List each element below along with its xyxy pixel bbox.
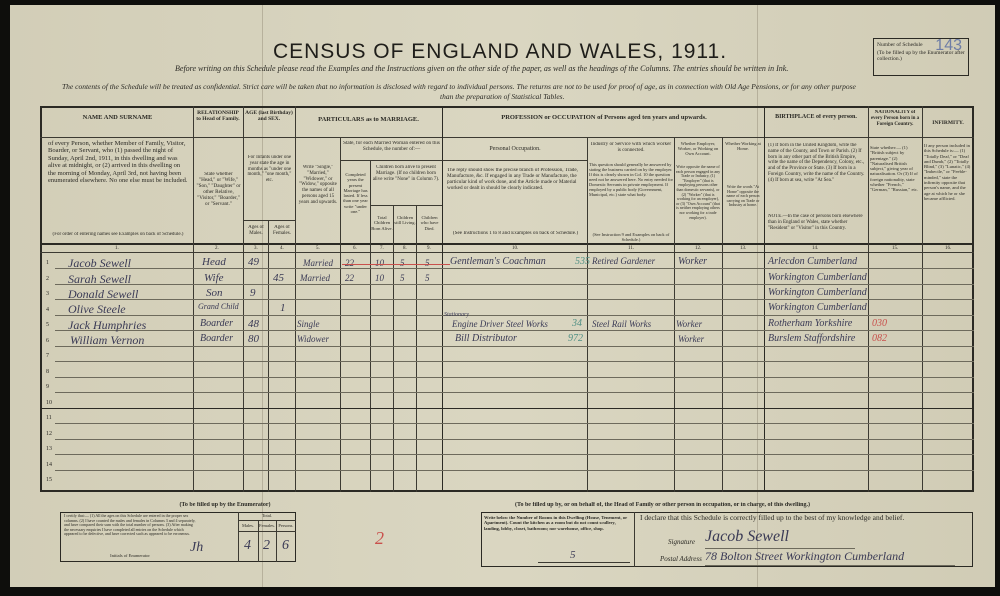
colnum: 10.	[512, 246, 518, 251]
declaration-text: I declare that this Schedule is correctl…	[640, 514, 970, 523]
colnum: 13.	[740, 246, 746, 251]
red-mark: 2	[375, 528, 384, 549]
industry: Steel Rail Works	[592, 319, 651, 329]
relationship: Wife	[204, 272, 224, 284]
row-number: 10	[46, 400, 52, 406]
schedule-number-box: Number of Schedule (To be filled up by t…	[873, 38, 969, 76]
header-industry-body: This question should generally be answer…	[589, 162, 673, 197]
sub-divider	[238, 520, 296, 521]
employment-status: Worker	[676, 319, 702, 329]
occupation: Engine Driver Steel Works	[452, 319, 548, 329]
row-number: 14	[46, 462, 52, 468]
row-line	[55, 361, 974, 362]
person-name: Jacob Sewell	[68, 256, 131, 271]
years-married: 22	[345, 273, 354, 283]
header-birthplace-note: NOTE.—In the case of persons born elsewh…	[768, 214, 865, 231]
total-persons: 6	[282, 538, 289, 554]
row-line	[55, 346, 974, 347]
header-occupation-personal-body: The reply should show the precise branch…	[447, 168, 584, 192]
header-employer-body: Write opposite the name of each person e…	[675, 165, 721, 220]
colnum: 15.	[892, 246, 898, 251]
household-heading: (To be filled up by, or on behalf of, th…	[515, 502, 955, 509]
total-label: Total.	[238, 513, 296, 518]
enumerator-certificate-text: I certify that:— (1) All the ages on thi…	[64, 514, 198, 537]
header-employer: Whether Employer, Worker, or Working on …	[675, 141, 721, 156]
birthplace-code: 082	[872, 333, 887, 344]
children-living: 5	[400, 273, 405, 283]
row-number: 6	[46, 338, 49, 344]
occupation: Gentleman's Coachman	[450, 256, 546, 267]
header-bottom	[40, 243, 974, 245]
age-male: 9	[250, 287, 256, 299]
address-line	[705, 565, 955, 566]
sub-divider	[238, 531, 296, 532]
person-name: Donald Sewell	[68, 287, 138, 302]
row-number: 12	[46, 431, 52, 437]
males-label: Males.	[238, 523, 258, 528]
header-infirmity-title: INFIRMITY.	[923, 120, 973, 126]
row-number: 3	[46, 291, 49, 297]
header-marriage-state: State, for each Married Woman entered on…	[342, 141, 441, 153]
colnum: 1.	[115, 246, 119, 251]
signature-line	[705, 548, 855, 549]
header-nationality-title: NATIONALITY of every Person born in a Fo…	[869, 110, 921, 127]
row-line	[55, 330, 974, 331]
row-line	[40, 408, 974, 409]
header-occupation-title: PROFESSION or OCCUPATION of Persons aged…	[445, 114, 763, 121]
birthplace: Rotherham Yorkshire	[768, 318, 852, 329]
birthplace: Workington Cumberland	[768, 272, 867, 283]
occupation: Bill Distributor	[455, 333, 517, 344]
relationship: Boarder	[200, 318, 233, 329]
row-line	[55, 423, 974, 424]
row-line	[55, 315, 974, 316]
total-males: 4	[244, 538, 251, 554]
header-age-males: Ages of Males.	[244, 225, 268, 237]
person-name: Jack Humphries	[68, 318, 146, 333]
occupation-code: 535	[575, 256, 590, 267]
employment-status: Worker	[678, 256, 707, 267]
confidential-line-2: than the preparation of Statistical Tabl…	[440, 92, 564, 101]
col-line	[634, 512, 635, 567]
header-relationship-body: State whether "Head," or "Wife," "Son," …	[196, 172, 241, 208]
confidential-line-1: The contents of the Schedule will be tre…	[62, 82, 856, 91]
children-died: 5	[425, 258, 430, 268]
age-male: 49	[248, 256, 259, 268]
row-line	[55, 454, 974, 455]
row-line	[55, 439, 974, 440]
row-number: 11	[46, 415, 52, 421]
header-infirmity-body: If any person included in this Schedule …	[924, 143, 973, 201]
age-female: 45	[273, 272, 284, 284]
row-number: 9	[46, 384, 49, 390]
person-name: Sarah Sewell	[68, 272, 131, 287]
sub-divider	[370, 205, 442, 206]
colnum: 4.	[280, 246, 284, 251]
colnum: 14.	[812, 246, 818, 251]
row-line	[55, 392, 974, 393]
birthplace-code: 030	[872, 318, 887, 329]
red-strikethrough	[342, 264, 450, 265]
row-number: 1	[46, 260, 49, 266]
rooms-line	[538, 562, 630, 563]
header-name-title: NAME AND SURNAME	[45, 114, 190, 121]
header-children-group: Children born alive to present Marriage.…	[371, 165, 441, 182]
header-age-body: For Infants under one year state the age…	[246, 155, 293, 184]
schedule-number: 143	[935, 37, 962, 55]
row-number: 7	[46, 353, 49, 359]
row-line	[55, 299, 974, 300]
header-children-living: Children still Living.	[394, 215, 416, 226]
birthplace: Burslem Staffordshire	[768, 333, 855, 344]
row-number: 2	[46, 276, 49, 282]
header-birthplace-body: (1) If born in the United Kingdom, write…	[768, 143, 865, 183]
row-line	[55, 470, 974, 471]
sub-divider	[340, 160, 442, 161]
years-married: 22	[345, 258, 354, 268]
header-age-females: Ages of Females.	[269, 225, 295, 237]
colnum: 2.	[215, 246, 219, 251]
colnum: 3.	[254, 246, 258, 251]
birthplace: Workington Cumberland	[768, 302, 867, 313]
relationship: Grand Child	[198, 302, 239, 311]
colnum: 9.	[427, 246, 431, 251]
document-title: CENSUS OF ENGLAND AND WALES, 1911.	[0, 40, 1000, 64]
total-females: 2	[263, 538, 270, 554]
colnum: 16.	[945, 246, 951, 251]
col-line	[393, 205, 394, 492]
colnum: 8.	[403, 246, 407, 251]
col-line	[416, 205, 417, 492]
row-number: 5	[46, 322, 49, 328]
enumerator-initials: Jh	[190, 540, 203, 556]
rooms-instruction: Write below the Number of Rooms in this …	[484, 515, 632, 531]
females-label: Females.	[258, 523, 276, 528]
header-relationship-title: RELATIONSHIP to Head of Family.	[195, 110, 241, 123]
marital-condition: Married	[303, 258, 333, 268]
occupation-code: 34	[572, 318, 582, 329]
postal-address-label: Postal Address	[660, 555, 702, 563]
enumerator-heading: (To be filled up by the Enumerator)	[60, 502, 390, 509]
colnum: 12.	[695, 246, 701, 251]
header-occupation-personal-note: (See Instructions 1 to 8 and Examples on…	[447, 231, 584, 237]
employment-status: Worker	[678, 334, 704, 344]
colnum: 7.	[380, 246, 384, 251]
occupation-code: 972	[568, 333, 583, 344]
header-children-died: Children who have Died.	[417, 215, 442, 231]
sub-divider	[442, 160, 587, 161]
relationship: Boarder	[200, 333, 233, 344]
postal-address: 78 Bolton Street Workington Cumberland	[705, 549, 904, 564]
children-died: 5	[425, 273, 430, 283]
relationship: Son	[206, 287, 223, 299]
children-total: 10	[375, 273, 384, 283]
colnum: 5.	[316, 246, 320, 251]
header-marriage-years: Completed years the present Marriage has…	[341, 172, 370, 214]
header-children-total: Total Children Born Alive.	[371, 215, 393, 231]
col-line	[370, 160, 371, 492]
row-number: 4	[46, 307, 49, 313]
person-name: Olive Steele	[68, 302, 126, 317]
age-male: 80	[248, 333, 259, 345]
row-number: 8	[46, 369, 49, 375]
person-name: William Vernon	[70, 333, 144, 348]
marital-condition: Married	[300, 273, 330, 283]
age-male: 48	[248, 318, 259, 330]
signature: Jacob Sewell	[705, 528, 789, 546]
header-industry-note: (See Instruction 9 and Examples on back …	[589, 232, 673, 242]
header-divider	[40, 137, 974, 138]
header-home: Whether Working at Home.	[723, 141, 763, 151]
children-living: 5	[400, 258, 405, 268]
col-line	[268, 220, 269, 492]
birthplace: Arlecdon Cumberland	[768, 256, 857, 267]
industry: Retired Gardener	[592, 256, 655, 266]
header-nationality-body: State whether:— (1) "British subject by …	[870, 145, 921, 193]
persons-label: Persons.	[276, 523, 296, 528]
header-birthplace-title: BIRTHPLACE of every person.	[766, 114, 866, 121]
marital-condition: Single	[297, 319, 320, 329]
header-industry: Industry or Service with which worker is…	[589, 142, 673, 154]
row-line	[55, 284, 974, 285]
marital-condition: Widower	[297, 334, 329, 344]
sub-divider	[243, 220, 295, 221]
occupation-prefix: Stationary	[444, 312, 469, 318]
age-female: 1	[280, 302, 286, 314]
children-total: 10	[375, 258, 384, 268]
rooms-count: 5	[570, 549, 576, 561]
colnum-bottom	[40, 252, 974, 253]
header-marriage-title: PARTICULARS as to MARRIAGE.	[297, 116, 440, 123]
row-line	[55, 377, 974, 378]
header-occupation-personal: Personal Occupation.	[445, 146, 585, 153]
colnum: 6.	[353, 246, 357, 251]
birthplace: Workington Cumberland	[768, 287, 867, 298]
colnum: 11.	[628, 246, 634, 251]
enumerator-initials-label: Initials of Enumerator	[100, 553, 160, 558]
row-number: 15	[46, 477, 52, 483]
header-name-body: of every Person, whether Member of Famil…	[48, 140, 188, 185]
header-marriage-condition: Write "Single," "Married," "Widower," or…	[297, 165, 339, 205]
header-age-title: AGE (last Birthday) and SEX.	[245, 110, 293, 123]
relationship: Head	[202, 256, 226, 268]
instruction-line: Before writing on this Schedule please r…	[175, 64, 788, 73]
signature-label: Signature	[668, 538, 695, 546]
header-home-body: Write the words "At Home" opposite the n…	[723, 185, 763, 208]
row-number: 13	[46, 446, 52, 452]
header-name-note: (For order of entering names see Example…	[48, 232, 188, 238]
row-line	[55, 268, 974, 269]
